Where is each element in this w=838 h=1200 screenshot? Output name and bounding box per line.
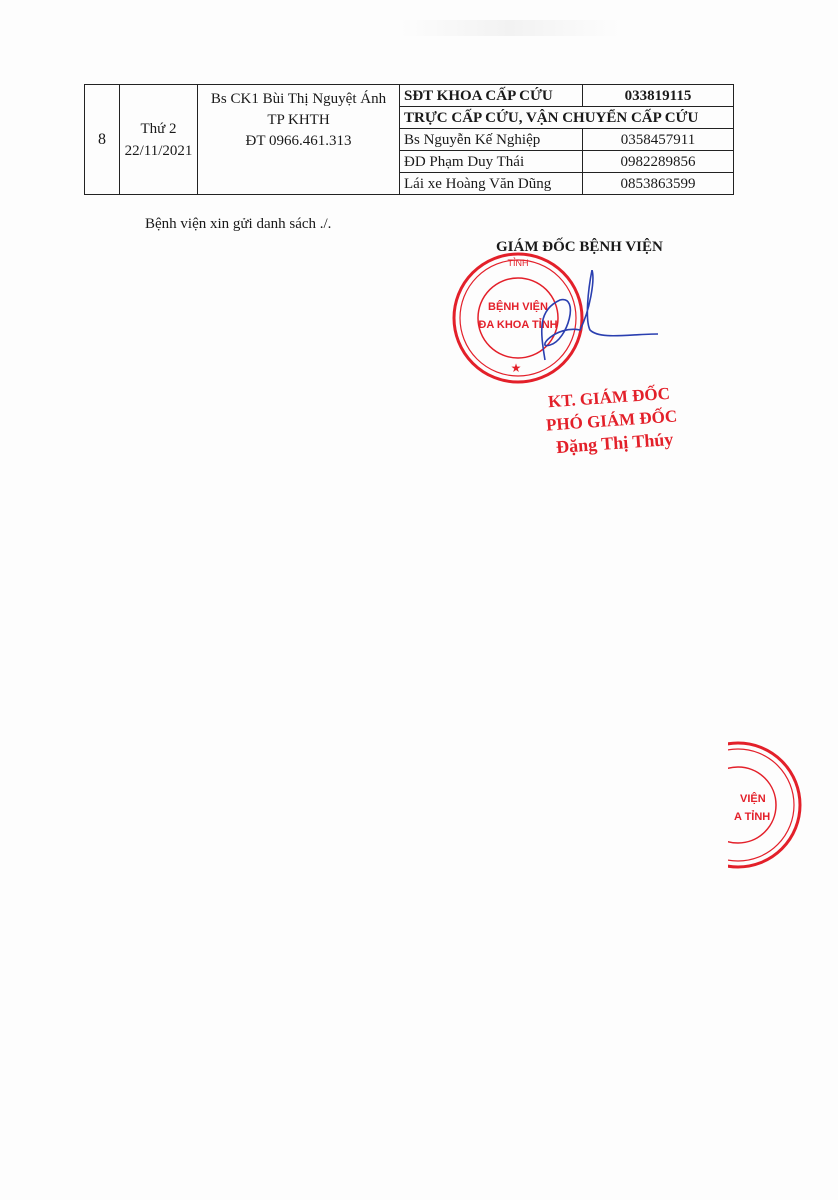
doctor-role: TP KHTH (202, 110, 395, 131)
signature-icon (450, 270, 670, 380)
doctor-name: Bs CK1 Bùi Thị Nguyệt Ánh (202, 89, 395, 110)
svg-text:TỈNH: TỈNH (508, 257, 529, 268)
table-row: 8 Thứ 2 22/11/2021 Bs CK1 Bùi Thị Nguyệt… (85, 85, 734, 107)
duty-schedule-table: 8 Thứ 2 22/11/2021 Bs CK1 Bùi Thị Nguyệt… (84, 84, 734, 195)
svg-text:A TỈNH: A TỈNH (734, 810, 770, 823)
scan-artifact (400, 20, 620, 36)
row-number: 8 (85, 85, 120, 195)
partial-stamp-icon: VIỆN A TỈNH (728, 740, 838, 870)
staff-name: Bs Nguyễn Kế Nghiệp (400, 129, 583, 151)
svg-text:VIỆN: VIỆN (740, 792, 766, 805)
staff-phone: 0358457911 (583, 129, 734, 151)
date-cell: Thứ 2 22/11/2021 (120, 85, 198, 195)
emergency-label: SĐT KHOA CẤP CỨU (400, 85, 583, 107)
duty-header: TRỰC CẤP CỨU, VẬN CHUYỂN CẤP CỨU (400, 107, 734, 129)
emergency-phone: 033819115 (583, 85, 734, 107)
date-label: 22/11/2021 (124, 140, 193, 162)
doctor-cell: Bs CK1 Bùi Thị Nguyệt Ánh TP KHTH ĐT 096… (198, 85, 400, 195)
staff-name: Lái xe Hoàng Văn Dũng (400, 173, 583, 195)
staff-phone: 0982289856 (583, 151, 734, 173)
closing-text: Bệnh viện xin gửi danh sách ./. (145, 216, 331, 233)
staff-phone: 0853863599 (583, 173, 734, 195)
staff-name: ĐD Phạm Duy Thái (400, 151, 583, 173)
doctor-phone: ĐT 0966.461.313 (202, 131, 395, 152)
day-label: Thứ 2 (124, 118, 193, 140)
